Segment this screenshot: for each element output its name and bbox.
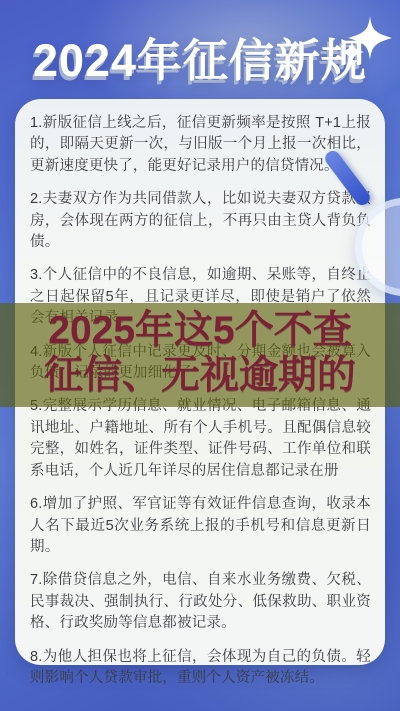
rule-item-7: 7.除借贷信息之外，电信、自来水业务缴费、欠税、民事裁决、强制执行、行政处分、低… (30, 570, 371, 634)
rule-item-8: 8.为他人担保也将上征信，会体现为自己的负债。轻则影响个人贷款审批，重则个人资产… (30, 647, 371, 690)
rule-item-6: 6.增加了护照、军官证等有效证件信息查询，收录本人名下最近5次业务系统上报的手机… (30, 494, 371, 558)
infographic-poster: 2024年征信新规 1.新版征信上线之后，征信更新频率是按照 T+1上报的，即隔… (0, 0, 400, 711)
rule-item-2: 2.夫妻双方作为共同借款人，比如说夫妻双方贷款买房，会体现在两方的征信上，不再只… (30, 189, 371, 253)
watermark-line-1: 2025年这5个不查 (0, 308, 400, 353)
rule-item-1: 1.新版征信上线之后，征信更新频率是按照 T+1上报的，即隔天更新一次，与旧版一… (30, 113, 371, 177)
watermark-line-2: 征信、无视逾期的 (0, 353, 400, 398)
watermark-overlay: 2025年这5个不查 征信、无视逾期的 (0, 308, 400, 398)
rule-item-5: 5.完整展示学历信息、就业情况、电子邮箱信息、通讯地址、户籍地址、所有个人手机号… (30, 396, 371, 482)
sparkle-icon (340, 40, 364, 64)
